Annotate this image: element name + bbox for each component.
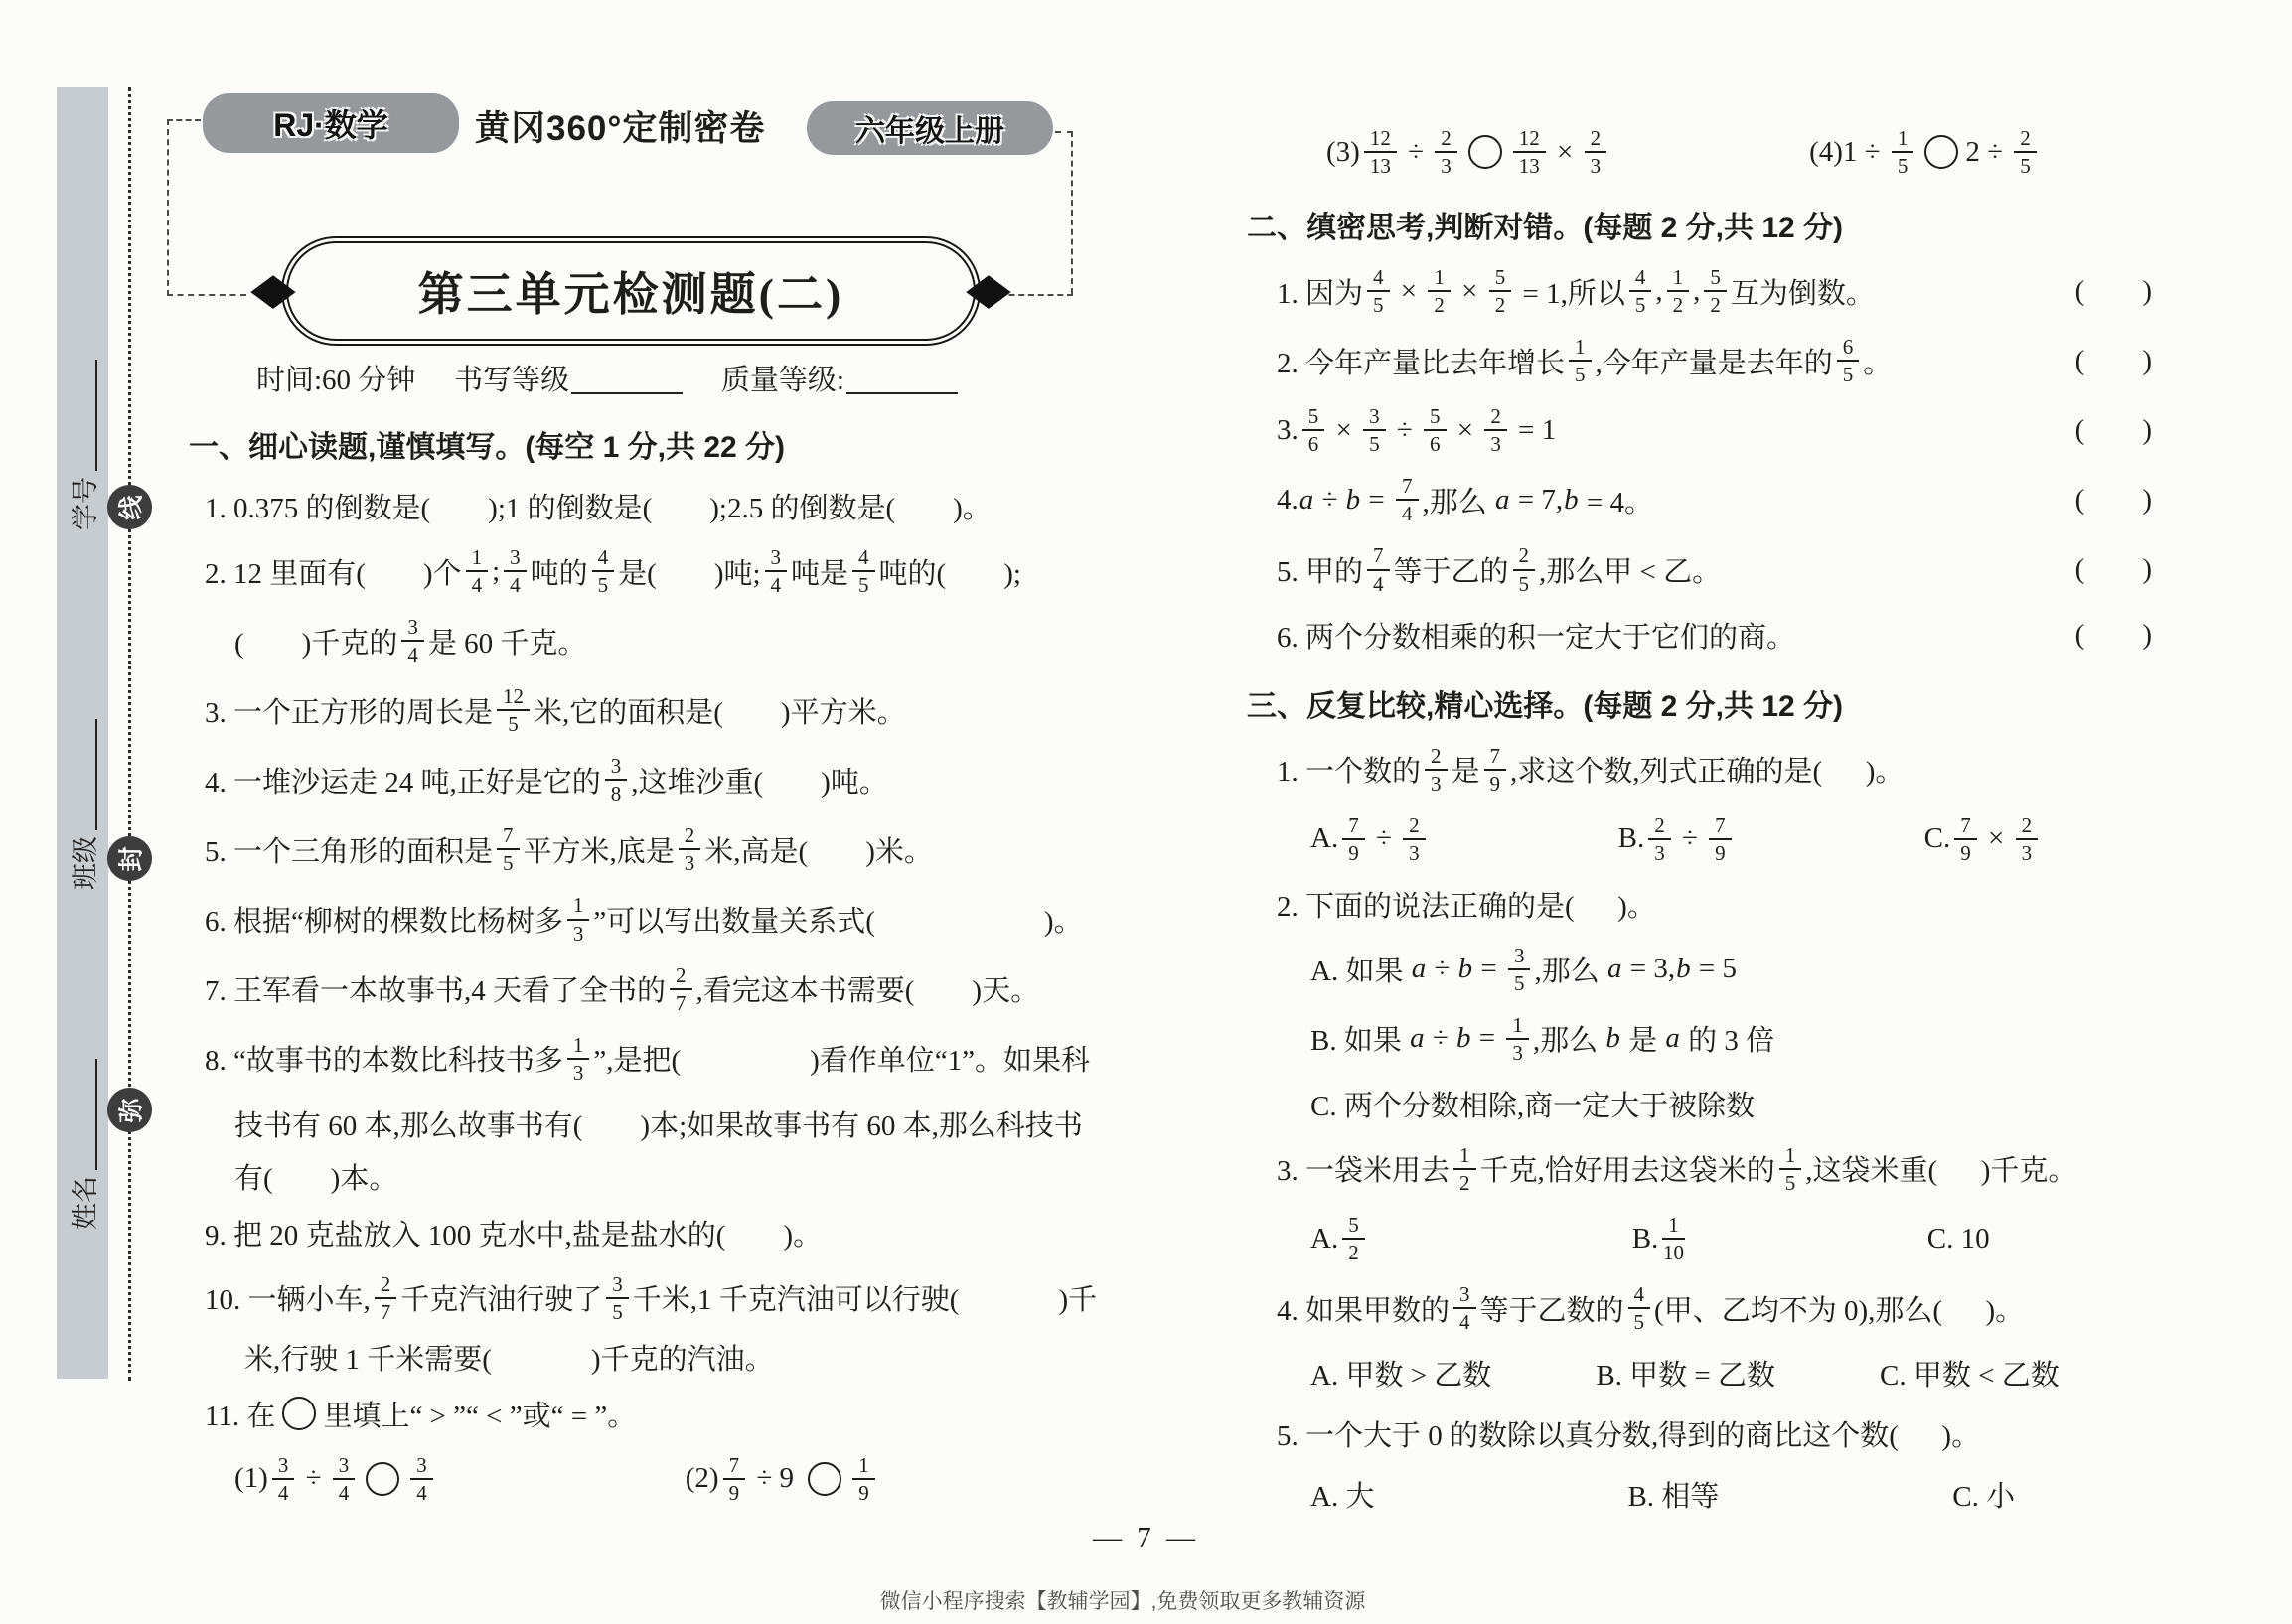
text-run: )千克的汽油。 (591, 1337, 774, 1378)
numerator: 2 (1513, 544, 1536, 570)
fraction: 12 (1667, 266, 1690, 316)
numerator: 12 (1364, 127, 1397, 153)
denominator: 2 (1495, 292, 1506, 316)
numerator: 3 (605, 755, 628, 781)
grade-badge: 六年级上册 (807, 101, 1053, 155)
text-run: 吨的 (531, 551, 588, 592)
fraction: 1213 (1513, 127, 1546, 177)
denominator: 5 (1369, 431, 1380, 455)
text-run: 5. 一个三角形的面积是 (205, 829, 493, 870)
binding-strip-fields: 姓名 班级 学号 (57, 87, 108, 1379)
numerator: 3 (401, 616, 424, 642)
question-line: 技书有 60 本,那么故事书有( )本;如果故事书有 60 本,那么科技书 (189, 1104, 1143, 1144)
denominator: 2 (1434, 292, 1445, 316)
text-run: 二、缜密思考,判断对错。(每题 2 分,共 12 分) (1247, 203, 1843, 246)
text-run: 11. 在 (205, 1394, 275, 1434)
page-title: 第三单元检测题(二) (418, 258, 844, 324)
text-run: C. 甲数 < 乙数 (1880, 1353, 2060, 1394)
denominator: 3 (573, 1060, 584, 1084)
text-run: = 5 (1692, 953, 1737, 985)
denominator: 2 (1348, 1240, 1359, 1263)
text-run: 等于乙的 (1394, 549, 1509, 590)
numerator: 1 (852, 1454, 875, 1480)
text-run: ÷ (298, 1462, 328, 1495)
fraction: 65 (1837, 336, 1860, 385)
question-line: 9. 把 20 克盐放入 100 克水中,盐是盐水的( )。 (189, 1213, 1143, 1254)
denominator: 3 (1591, 153, 1602, 177)
text-run: C. 两个分数相除,商一定大于被除数 (1310, 1084, 1755, 1124)
text-run: , (1655, 275, 1662, 308)
fraction: 34 (272, 1454, 295, 1504)
text-run: 8. “故事书的本数比科技书多 (205, 1038, 563, 1079)
numerator: 7 (1342, 814, 1365, 840)
question-line: A. 大B. 相等C. 小 (1247, 1474, 2156, 1515)
fraction: 52 (1489, 266, 1512, 316)
fraction: 23 (1484, 405, 1507, 455)
text-run: 7. 王军看一本故事书,4 天看了全书的 (205, 968, 666, 1009)
denominator: 9 (1715, 840, 1726, 864)
text-run: ,求这个数,列式正确的是( )。 (1510, 749, 1904, 790)
numerator: 2 (1403, 814, 1426, 840)
text-run: 三、反复比较,精心选择。(每题 2 分,共 12 分) (1247, 681, 1843, 725)
question-line: B. 如果 a ÷ b = 13,那么 b 是 a 的 3 倍 (1247, 1014, 2156, 1064)
text-run: ,这堆沙重( )吨。 (631, 760, 888, 801)
text-run: = (1473, 953, 1504, 985)
fraction: 45 (1629, 266, 1652, 316)
text-run: 1. 一个数的 (1277, 749, 1421, 790)
text-run: B. 如果 (1310, 1018, 1409, 1059)
question-line: 3. 一个正方形的周长是125米,它的面积是( )平方米。 (189, 685, 1143, 735)
fraction: 56 (1424, 405, 1447, 455)
fraction: 34 (765, 546, 788, 596)
text-run: A. 如果 (1310, 949, 1411, 989)
numerator: 7 (1954, 814, 1977, 840)
denominator: 9 (1960, 840, 1971, 864)
numerator: 5 (1704, 266, 1727, 292)
fraction: 34 (401, 616, 424, 665)
text-run: 5. 甲的 (1277, 549, 1363, 590)
class-field: 班级 (64, 719, 102, 890)
question-line: A.52B.110C. 10 (1247, 1214, 2156, 1263)
text-run: B. 甲数 = 乙数 (1596, 1353, 1775, 1394)
text-run: 里填上“ > ”“ < ”或“ = ”。 (323, 1394, 636, 1434)
text-run: ”,是把( (593, 1038, 681, 1079)
fraction: 27 (375, 1273, 397, 1323)
question-line: A. 如果 a ÷ b = 35,那么 a = 3,b = 5 (1247, 945, 2156, 994)
numerator: 1 (466, 546, 489, 572)
text-run: ,这袋米重( )千克。 (1805, 1148, 2076, 1189)
text-run: (3) (1326, 136, 1360, 169)
comparison-circle (1468, 135, 1502, 169)
text-run: ÷ (1426, 1022, 1455, 1055)
numerator: 4 (592, 546, 615, 572)
variable: b (1457, 953, 1474, 985)
text-run: A. 甲数 > 乙数 (1310, 1353, 1491, 1394)
denominator: 3 (685, 850, 695, 874)
fraction: 34 (333, 1454, 356, 1504)
text-run: 3. (1277, 414, 1299, 447)
text-run: B. 相等 (1627, 1474, 1719, 1515)
numerator: 3 (333, 1454, 356, 1480)
fraction: 19 (852, 1454, 875, 1504)
series-badge: RJ·数学 (203, 93, 459, 153)
answer-blank: ( ) (2075, 414, 2156, 447)
numerator: 4 (1367, 266, 1390, 292)
denominator: 4 (278, 1480, 289, 1504)
question-line: 4.a ÷ b = 74,那么 a = 7,b = 4。( ) (1247, 475, 2156, 524)
text-run: × (1981, 822, 2012, 855)
numerator: 3 (606, 1273, 629, 1299)
text-run: )千 (1058, 1277, 1097, 1318)
text-run: ; (492, 555, 500, 588)
name-label: 姓名 (64, 1176, 102, 1230)
dashed-connector (1055, 131, 1073, 133)
fraction: 35 (1508, 945, 1531, 994)
text-run: 10. 一辆小车, (205, 1277, 371, 1318)
denominator: 3 (1409, 840, 1420, 864)
denominator: 4 (416, 1480, 427, 1504)
question-line: 10. 一辆小车,27千克汽油行驶了35千米,1 千克汽油可以行驶()千 (189, 1273, 1143, 1323)
denominator: 5 (1575, 362, 1586, 385)
numerator: 4 (1628, 1283, 1651, 1309)
question-line: 1. 0.375 的倒数是( );1 的倒数是( );2.5 的倒数是( )。 (189, 486, 1143, 526)
fraction: 45 (852, 546, 875, 596)
text-run: ,那么甲 < 乙。 (1539, 549, 1721, 590)
denominator: 5 (1514, 970, 1525, 994)
time-info: 时间:60 分钟 (256, 358, 415, 398)
text-run: = 7, (1511, 484, 1564, 517)
dashed-connector (167, 294, 246, 296)
text-run: 技书有 60 本,那么故事书有( )本;如果故事书有 60 本,那么科技书 (234, 1104, 1083, 1144)
denominator: 3 (2022, 840, 2033, 864)
question-line: 5. 一个三角形的面积是75平方米,底是23米,高是( )米。 (189, 824, 1143, 874)
denominator: 5 (1635, 292, 1646, 316)
answer-blank: ( ) (2075, 619, 2156, 652)
exam-info-row: 时间:60 分钟 书写等级 质量等级: (256, 358, 958, 398)
fraction: 52 (1342, 1214, 1365, 1263)
text-run: × (1550, 136, 1581, 169)
right-question-column: (3)1213 ÷ 231213 × 23(4)1 ÷ 152 ÷ 25二、缜密… (1247, 117, 2156, 1515)
section-header: 二、缜密思考,判断对错。(每题 2 分,共 12 分) (1247, 203, 2156, 246)
text-run: 1. 0.375 的倒数是( );1 的倒数是( );2.5 的倒数是( )。 (205, 486, 992, 526)
denominator: 3 (1431, 771, 1442, 795)
question-line: 2. 12 里面有( )个14;34吨的45是( )吨;34吨是45吨的( ); (189, 546, 1143, 596)
variable: b (1455, 1022, 1472, 1055)
fraction: 23 (2016, 814, 2039, 864)
watermark-text: 微信小程序搜索【教辅学园】,免费领取更多教辅资源 (0, 1585, 2245, 1615)
denominator: 3 (1654, 840, 1665, 864)
denominator: 5 (598, 572, 609, 596)
text-run: 1. 因为 (1277, 271, 1363, 312)
denominator: 5 (1519, 571, 1530, 595)
question-line: ( )千克的34是 60 千克。 (189, 616, 1143, 665)
fraction: 34 (504, 546, 527, 596)
denominator: 4 (510, 572, 521, 596)
text-run: × (1394, 275, 1425, 308)
numerator: 3 (765, 546, 788, 572)
numerator: 5 (1302, 405, 1325, 431)
numerator: 2 (2016, 814, 2039, 840)
text-run: 千米,1 千克汽油可以行驶( (633, 1277, 960, 1318)
text-run: = 1 (1511, 414, 1556, 447)
text-run: 4. (1277, 484, 1299, 517)
text-run: 吨的( ); (879, 551, 1021, 592)
exam-paper-page: 姓名 班级 学号 线 封 弥 RJ·数学 黄冈360°定制密卷 六年级上册 ◆ … (0, 0, 2292, 1624)
text-run: × (1328, 414, 1359, 447)
numerator: 2 (375, 1273, 397, 1299)
numerator: 3 (1453, 1283, 1476, 1309)
fraction: 15 (1569, 336, 1592, 385)
numerator: 1 (567, 1034, 590, 1060)
question-line: (1)34 ÷ 3434(2)79 ÷ 9 19 (189, 1454, 1143, 1504)
text-run: (4)1 ÷ (1809, 136, 1888, 169)
denominator: 5 (508, 711, 519, 735)
text-run: ”可以写出数量关系式( (593, 899, 875, 940)
numerator: 5 (1342, 1214, 1365, 1240)
numerator: 1 (1569, 336, 1592, 362)
numerator: 1 (1892, 127, 1914, 153)
text-run: 3. 一个正方形的周长是 (205, 690, 493, 731)
fraction: 12 (1453, 1144, 1476, 1194)
fraction: 13 (567, 1034, 590, 1084)
fraction: 110 (1662, 1214, 1685, 1263)
comparison-circle (282, 1397, 316, 1430)
quality-grade-field: 质量等级: (721, 358, 958, 398)
text-run: 4. 一堆沙运走 24 吨,正好是它的 (205, 760, 601, 801)
fraction: 79 (1342, 814, 1365, 864)
denominator: 5 (503, 850, 514, 874)
fraction: 79 (1954, 814, 1977, 864)
text-run: 互为倒数。 (1731, 271, 1875, 312)
numerator: 1 (1428, 266, 1451, 292)
fraction: 25 (1513, 544, 1536, 594)
name-blank-line (95, 1059, 97, 1170)
denominator: 13 (1519, 153, 1540, 177)
text-run: 。 (1863, 341, 1892, 381)
question-line: 8. “故事书的本数比科技书多13”,是把()看作单位“1”。如果科 (189, 1034, 1143, 1084)
answer-blank: ( ) (2075, 553, 2156, 586)
denominator: 9 (729, 1480, 740, 1504)
fraction: 23 (1648, 814, 1671, 864)
dashed-connector (167, 119, 201, 121)
text-run: × (1454, 275, 1485, 308)
numerator: 5 (1424, 405, 1447, 431)
fraction: 38 (605, 755, 628, 805)
numerator: 7 (1709, 814, 1732, 840)
text-run: 是 (1621, 1018, 1665, 1059)
denominator: 5 (1373, 292, 1384, 316)
variable: b (1604, 1022, 1621, 1055)
student-id-blank-line (95, 360, 97, 471)
numerator: 2 (1425, 745, 1448, 771)
text-run: A. (1310, 1223, 1338, 1255)
class-label: 班级 (64, 836, 102, 890)
numerator: 7 (1396, 475, 1419, 501)
fraction: 52 (1704, 266, 1727, 316)
text-run: = (1361, 484, 1392, 517)
text-run: ÷ (1390, 414, 1420, 447)
numerator: 7 (723, 1454, 746, 1480)
text-run: A. 大 (1310, 1474, 1374, 1515)
text-run: 千克,恰好用去这袋米的 (1480, 1148, 1775, 1189)
fraction: 45 (1367, 266, 1390, 316)
denominator: 4 (339, 1480, 350, 1504)
text-run: ,今年产量是去年的 (1596, 341, 1833, 381)
numerator: 2 (1435, 127, 1457, 153)
text-run: (1) (234, 1462, 268, 1495)
fraction: 125 (497, 685, 530, 735)
text-run: 米,行驶 1 千米需要( (244, 1337, 492, 1378)
fraction: 74 (1367, 544, 1390, 594)
variable: b (1563, 484, 1580, 517)
denominator: 7 (676, 990, 687, 1014)
numerator: 7 (1484, 745, 1507, 771)
fraction: 1213 (1364, 127, 1397, 177)
denominator: 9 (1490, 771, 1501, 795)
fraction: 14 (466, 546, 489, 596)
denominator: 4 (407, 642, 418, 665)
denominator: 2 (1710, 292, 1721, 316)
numerator: 1 (1662, 1214, 1685, 1240)
fraction: 35 (1363, 405, 1386, 455)
answer-blank: ( ) (2075, 345, 2156, 377)
fraction: 13 (1506, 1014, 1529, 1064)
variable: a (1411, 953, 1428, 985)
page-number: — 7 — (0, 1522, 2292, 1554)
numerator: 2 (679, 824, 701, 850)
text-run: 吨是 (791, 551, 848, 592)
text-run: 的 3 倍 (1681, 1018, 1774, 1059)
fraction: 23 (1585, 127, 1607, 177)
text-run: 一、细心读题,谨慎填写。(每空 1 分,共 22 分) (189, 422, 785, 466)
text-run: ÷ (1314, 484, 1344, 517)
fraction: 35 (606, 1273, 629, 1323)
diamond-icon: ◆ (250, 263, 296, 314)
denominator: 3 (1490, 431, 1501, 455)
text-run: = 1,所以 (1515, 271, 1625, 312)
text-run: 平方米,底是 (524, 829, 675, 870)
fraction: 23 (1435, 127, 1457, 177)
denominator: 4 (1459, 1309, 1470, 1333)
fraction: 25 (2014, 127, 2037, 177)
denominator: 2 (1459, 1170, 1470, 1194)
denominator: 3 (1441, 153, 1452, 177)
text-run: 等于乙数的 (1480, 1288, 1624, 1329)
text-run: ( )千克的 (234, 621, 397, 662)
text-run: 4. 如果甲数的 (1277, 1288, 1450, 1329)
denominator: 5 (1785, 1170, 1796, 1194)
question-line: A.79 ÷ 23B.23 ÷ 79C.79 × 23 (1247, 814, 2156, 864)
numerator: 2 (1585, 127, 1607, 153)
brand-title: 黄冈360°定制密卷 (475, 101, 765, 151)
fraction: 45 (592, 546, 615, 596)
numerator: 1 (567, 894, 590, 920)
comparison-circle (808, 1462, 841, 1496)
writing-grade-blank-line (571, 392, 683, 394)
question-line: 5. 甲的74等于乙的25,那么甲 < 乙。( ) (1247, 544, 2156, 594)
question-line: 5. 一个大于 0 的数除以真分数,得到的商比这个数( )。 (1247, 1413, 2156, 1454)
text-run: (甲、乙均不为 0),那么( )。 (1654, 1288, 2024, 1329)
text-run: )看作单位“1”。如果科 (810, 1038, 1090, 1079)
fraction: 23 (1425, 745, 1448, 795)
denominator: 3 (573, 921, 584, 945)
variable: a (1409, 1022, 1426, 1055)
question-line: A. 甲数 > 乙数B. 甲数 = 乙数C. 甲数 < 乙数 (1247, 1353, 2156, 1394)
text-run: 3. 一袋米用去 (1277, 1148, 1450, 1189)
binding-dotted-line (128, 87, 131, 1381)
text-run: 米,它的面积是( )平方米。 (534, 690, 906, 731)
numerator: 7 (497, 824, 520, 850)
text-run: C. (1924, 822, 1951, 855)
variable: a (1299, 484, 1315, 517)
numerator: 3 (272, 1454, 295, 1480)
diamond-icon: ◆ (966, 263, 1011, 314)
text-run: 2 ÷ (1965, 136, 2010, 169)
question-line: 11. 在里填上“ > ”“ < ”或“ = ”。 (189, 1394, 1143, 1434)
question-line: 2. 今年产量比去年增长15,今年产量是去年的65。( ) (1247, 336, 2156, 385)
fraction: 79 (1484, 745, 1507, 795)
question-line: 6. 根据“柳树的棵数比杨树多13”可以写出数量关系式()。 (189, 894, 1143, 944)
text-run: ÷ (1401, 136, 1431, 169)
fraction: 56 (1302, 405, 1325, 455)
denominator: 9 (1348, 840, 1359, 864)
text-run: 6. 根据“柳树的棵数比杨树多 (205, 899, 563, 940)
answer-blank: ( ) (2075, 275, 2156, 308)
numerator: 3 (1363, 405, 1386, 431)
text-run: ,那么 (1534, 949, 1606, 989)
text-run: 是 (1452, 749, 1480, 790)
question-line: 有( )本。 (189, 1156, 1143, 1197)
question-line: 1. 一个数的23是79,求这个数,列式正确的是( )。 (1247, 745, 2156, 795)
fraction: 74 (1396, 475, 1419, 524)
comparison-circle (1924, 135, 1958, 169)
fraction: 75 (497, 824, 520, 874)
text-run: 千克汽油行驶了 (400, 1277, 602, 1318)
text-run: C. 小 (1952, 1474, 2015, 1515)
unit-title-box: ◆ 第三单元检测题(二) ◆ (281, 236, 981, 346)
denominator: 5 (858, 572, 869, 596)
denominator: 8 (611, 781, 622, 805)
text-run: B. (1618, 822, 1645, 855)
denominator: 5 (1843, 362, 1854, 385)
text-run: A. (1310, 822, 1338, 855)
text-run: ÷ (1427, 953, 1456, 985)
text-run: 是 60 千克。 (428, 621, 587, 662)
denominator: 2 (1673, 292, 1684, 316)
fraction: 45 (1628, 1283, 1651, 1333)
numerator: 3 (1508, 945, 1531, 970)
text-run: )。 (1044, 899, 1083, 940)
fraction: 27 (670, 964, 692, 1014)
text-run: 米,高是( )米。 (704, 829, 933, 870)
text-run: B. (1632, 1223, 1659, 1255)
answer-blank: ( ) (2075, 484, 2156, 517)
question-line: 7. 王军看一本故事书,4 天看了全书的27,看完这本书需要( )天。 (189, 964, 1143, 1014)
question-line: 1. 因为45 × 12 × 52 = 1,所以45,12,52互为倒数。( ) (1247, 266, 2156, 316)
fraction: 79 (1709, 814, 1732, 864)
denominator: 4 (472, 572, 483, 596)
numerator: 5 (1489, 266, 1512, 292)
fraction: 15 (1779, 1144, 1802, 1194)
question-line: C. 两个分数相除,商一定大于被除数 (1247, 1084, 2156, 1124)
fraction: 34 (410, 1454, 433, 1504)
seal-line-badge: 线 (107, 485, 152, 529)
numerator: 3 (410, 1454, 433, 1480)
fraction: 15 (1892, 127, 1914, 177)
text-run: = (1472, 1022, 1503, 1055)
left-question-column: 一、细心读题,谨慎填写。(每空 1 分,共 22 分)1. 0.375 的倒数是… (189, 422, 1143, 1504)
denominator: 3 (1512, 1040, 1523, 1064)
